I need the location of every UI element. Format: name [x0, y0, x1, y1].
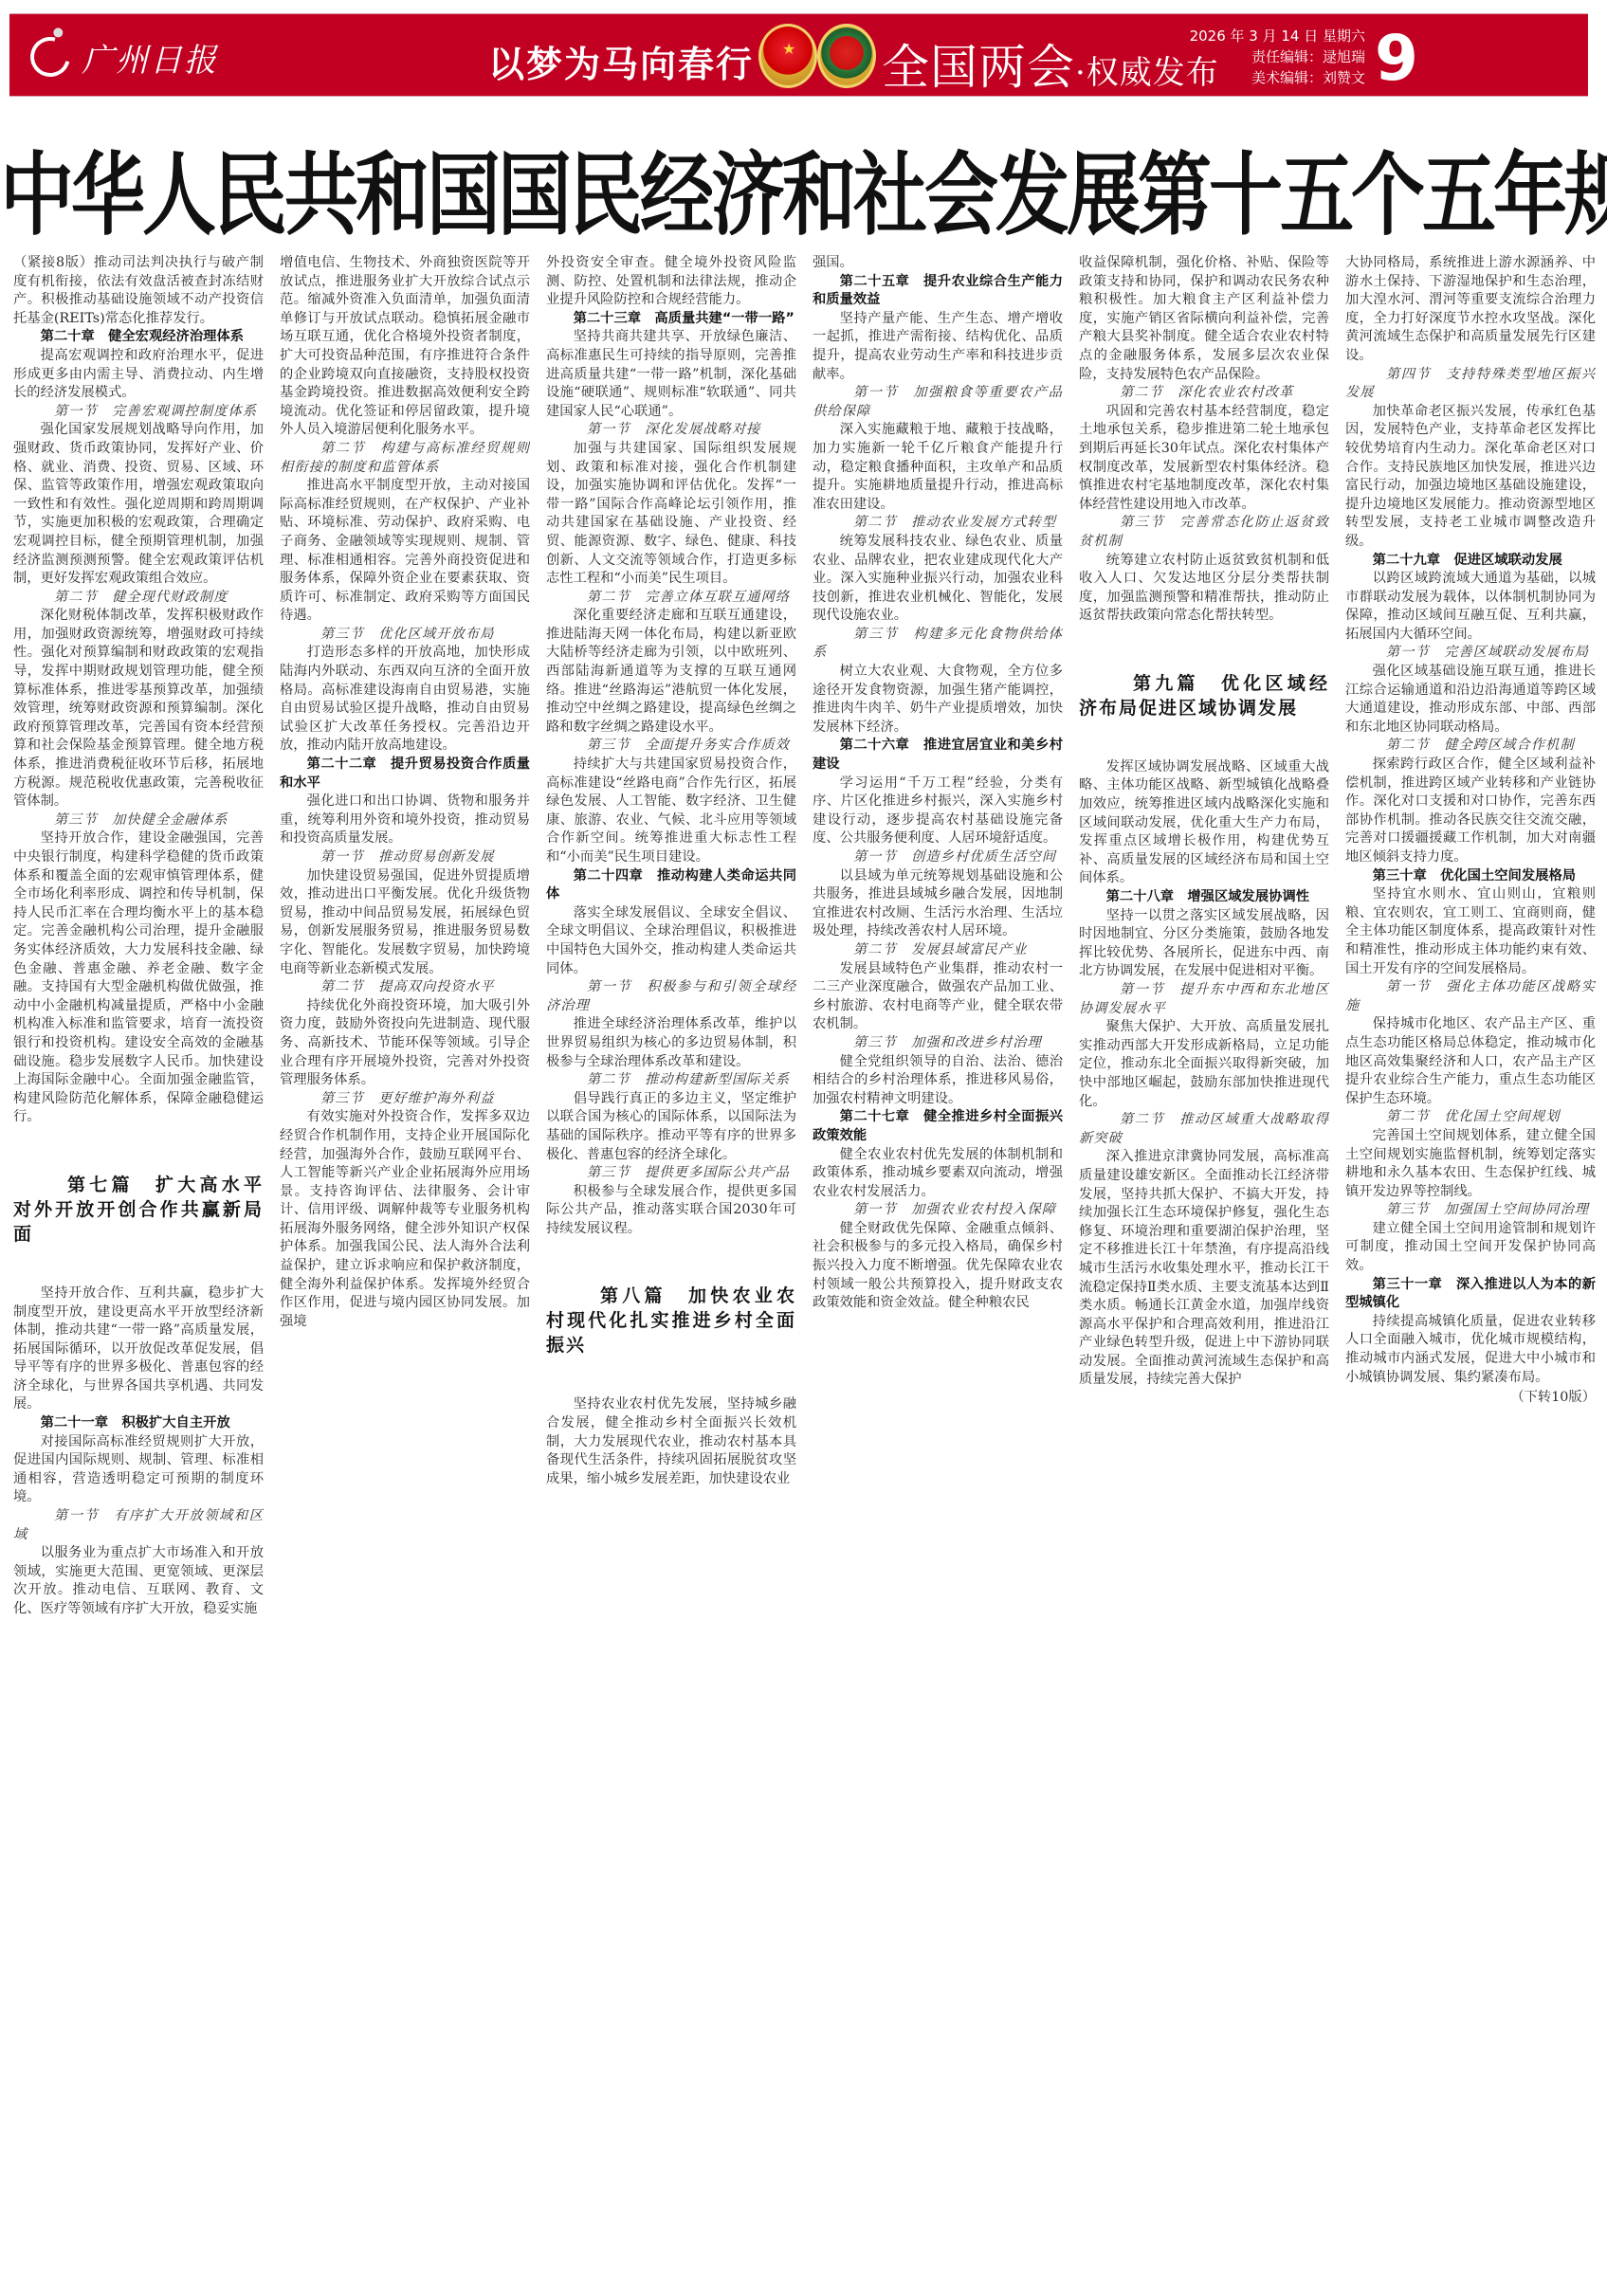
section-heading: 第三节 加强国土空间协同治理	[1345, 1201, 1596, 1220]
continued-paragraph: 外投资安全审查。健全境外投资风险监测、防控、处置机制和法律法规，推动企业提升风险…	[546, 254, 796, 310]
paragraph: 落实全球发展倡议、全球安全倡议、全球文明倡议、全球治理倡议，积极推进中国特色大国…	[546, 904, 796, 978]
art-editor: 美术编辑：刘赞文	[1157, 67, 1365, 88]
section-heading: 第三节 完善常态化防止返贫致贫机制	[1079, 514, 1329, 551]
column-5: 收益保障机制，强化价格、补贴、保险等政策支持和协同，保护和调动农民务农种粮积极性…	[1079, 254, 1329, 2292]
section-heading: 第一节 深化发展战略对接	[546, 421, 796, 440]
chapter-heading: 第三十章 优化国土空间发展格局	[1345, 867, 1596, 886]
paragraph: 坚持一以贯之落实区域发展战略，因时因地制宜、分区分类施策，鼓励各地发挥比较优势、…	[1079, 907, 1329, 981]
chapter-heading: 第二十六章 推进宜居宜业和美乡村建设	[813, 737, 1063, 774]
paragraph: 持续提高城镇化质量，促进农业转移人口全面融入城市，优化城市规模结构，推动城市内涵…	[1345, 1313, 1596, 1387]
section-heading: 第二节 健全现代财政制度	[13, 589, 264, 608]
paragraph: 持续扩大与共建国家贸易投资合作，高标准建设“丝路电商”合作先行区，拓展绿色发展、…	[546, 756, 796, 867]
paragraph: 坚持共商共建共享、开放绿色廉洁、高标准惠民生可持续的指导原则，完善推进高质量共建…	[546, 328, 796, 421]
paragraph: 建立健全国土空间用途管制和规划许可制度，推动国土空间开发保护协同高效。	[1345, 1220, 1596, 1276]
paragraph: 以跨区域跨流域大通道为基础，以城市群联动发展为载体，以体制机制协同为保障，推动区…	[1345, 570, 1596, 644]
section-heading: 第三节 加强和改进乡村治理	[813, 1034, 1063, 1053]
paragraph: 发挥区域协调发展战略、区域重大战略、主体功能区战略、新型城镇化战略叠加效应，统筹…	[1079, 758, 1329, 888]
continued-paragraph: 增值电信、生物技术、外商独资医院等开放试点，推进服务业扩大开放综合试点示范。缩减…	[280, 254, 530, 440]
paragraph: 推进全球经济治理体系改革，维护以世界贸易组织为核心的多边贸易体制，积极参与全球治…	[546, 1015, 796, 1071]
paragraph: 巩固和完善农村基本经营制度，稳定土地承包关系，稳步推进第二轮土地承包到期后再延长…	[1079, 403, 1329, 515]
section-heading: 第一节 加强农业农村投入保障	[813, 1201, 1063, 1220]
section-heading: 第三节 更好维护海外利益	[280, 1090, 530, 1109]
responsible-editor: 责任编辑：逯旭瑞	[1157, 46, 1365, 67]
paragraph: 坚持宜水则水、宜山则山，宜粮则粮、宜农则农，宜工则工、宜商则商，健全主体功能区制…	[1345, 885, 1596, 978]
paragraph: 强化区域基础设施互联互通，推进长江综合运输通道和沿边沿海通道等跨区域大通道建设，…	[1345, 663, 1596, 737]
paragraph: 健全党组织领导的自治、法治、德治相结合的乡村治理体系，推进移风易俗，加强农村精神…	[813, 1053, 1063, 1109]
section-heading: 第二节 健全跨区域合作机制	[1345, 737, 1596, 756]
column-3: 外投资安全审查。健全境外投资风险监测、防控、处置机制和法律法规，推动企业提升风险…	[546, 254, 796, 2292]
chapter-heading: 第二十三章 高质量共建“一带一路”	[546, 310, 796, 329]
chapter-heading: 第二十四章 推动构建人类命运共同体	[546, 867, 796, 904]
paragraph: 坚持产量产能、生产生态、增产增收一起抓，推进产需衔接、结构优化、品质提升，提高农…	[813, 310, 1063, 384]
section-heading: 第一节 加强粮食等重要农产品供给保障	[813, 384, 1063, 421]
section-heading: 第一节 创造乡村优质生活空间	[813, 848, 1063, 867]
paragraph: 深入推进京津冀协同发展，高标准高质量建设雄安新区。全面推动长江经济带发展，坚持共…	[1079, 1148, 1329, 1390]
paragraph: 坚持开放合作，建设金融强国，完善中央银行制度，构建科学稳健的货币政策体系和覆盖全…	[13, 829, 264, 1127]
chapter-heading: 第二十七章 健全推进乡村全面振兴政策效能	[813, 1108, 1063, 1145]
section-heading: 第二节 推动构建新型国际关系	[546, 1071, 796, 1090]
chapter-heading: 第三十一章 深入推进以人为本的新型城镇化	[1345, 1276, 1596, 1313]
article-body: （紧接8版）推动司法判决执行与破产制度有机衔接，依法有效盘活被查封冻结财产。积极…	[13, 254, 1597, 2292]
cppcc-emblem-icon	[817, 24, 876, 88]
part-heading: 第九篇 优化区域经济布局促进区域协调发展	[1079, 671, 1329, 720]
paragraph: 健全农业农村优先发展的体制机制和政策体系，推动城乡要素双向流动，增强农业农村发展…	[813, 1146, 1063, 1202]
section-heading: 第二节 推动区域重大战略取得新突破	[1079, 1111, 1329, 1148]
paragraph: 推进高水平制度型开放，主动对接国际高标准经贸规则，在产权保护、产业补贴、环境标准…	[280, 477, 530, 626]
section-heading: 第一节 积极参与和引领全球经济治理	[546, 978, 796, 1015]
section-heading: 第二节 提高双向投资水平	[280, 978, 530, 997]
paragraph: 统筹发展科技农业、绿色农业、质量农业、品牌农业，把农业建成现代化大产业。深入实施…	[813, 533, 1063, 626]
section-heading: 第三节 加快健全金融体系	[13, 811, 264, 830]
paragraph: 持续优化外商投资环境，加大吸引外资力度，鼓励外资投向先进制造、现代服务、高新技术…	[280, 997, 530, 1090]
paragraph: 以县域为单元统筹规划基础设施和公共服务，推进县域城乡融合发展，因地制宜推进农村改…	[813, 867, 1063, 941]
section-heading: 第一节 提升东中西和东北地区协调发展水平	[1079, 981, 1329, 1018]
section-heading: 第四节 支持特殊类型地区振兴发展	[1345, 366, 1596, 403]
section-title-main: 全国两会	[882, 40, 1075, 95]
logo-mark-icon	[23, 29, 77, 83]
paragraph: 健全财政优先保障、金融重点倾斜、社会积极参与的多元投入格局，确保乡村振兴投入力度…	[813, 1220, 1063, 1313]
paragraph: 打造形态多样的开放高地，加快形成陆海内外联动、东西双向互济的全面开放格局。高标准…	[280, 644, 530, 756]
slogan: 以梦为马向春行	[488, 35, 754, 87]
paragraph: 加快革命老区振兴发展，传承红色基因，发展特色产业，支持革命老区发挥比较优势培育内…	[1345, 403, 1596, 552]
section-heading: 第二节 完善立体互联互通网络	[546, 589, 796, 608]
paragraph: 深化重要经济走廊和互联互通建设，推进陆海天网一体化布局，构建以新亚欧大陆桥等经济…	[546, 607, 796, 737]
national-emblem-icon: ★	[758, 24, 817, 88]
issue-meta: 2026 年 3 月 14 日 星期六 责任编辑：逯旭瑞 美术编辑：刘赞文	[1157, 26, 1365, 88]
page-number: 9	[1375, 22, 1418, 95]
section-heading: 第一节 有序扩大开放领域和区域	[13, 1507, 264, 1544]
section-heading: 第三节 全面提升务实合作质效	[546, 737, 796, 756]
paragraph: 坚持农业农村优先发展，坚持城乡融合发展，健全推动乡村全面振兴长效机制，大力发展现…	[546, 1395, 796, 1488]
part-heading: 第七篇 扩大高水平对外开放开创合作共赢新局面	[13, 1173, 264, 1247]
headline: 中华人民共和国国民经济和社会发展第十五个五年规划纲要	[0, 123, 1607, 253]
chapter-heading: 第二十八章 增强区域发展协调性	[1079, 888, 1329, 907]
section-heading: 第二节 推动农业发展方式转型	[813, 514, 1063, 533]
continued-paragraph: 强国。	[813, 254, 1063, 273]
paragraph: 提高宏观调控和政府治理水平，促进形成更多由内需主导、消费拉动、内生增长的经济发展…	[13, 347, 264, 403]
section-heading: 第二节 优化国土空间规划	[1345, 1108, 1596, 1127]
paragraph: 对接国际高标准经贸规则扩大开放，促进国内国际规则、规制、管理、标准相通相容，营造…	[13, 1433, 264, 1507]
column-1: （紧接8版）推动司法判决执行与破产制度有机衔接，依法有效盘活被查封冻结财产。积极…	[13, 254, 264, 2292]
section-heading: 第一节 完善宏观调控制度体系	[13, 403, 264, 422]
masthead: 广州日报 以梦为马向春行 ★ 全国两会·权威发布 2026 年 3 月 14 日…	[9, 13, 1588, 97]
logo-text: 广州日报	[82, 34, 218, 81]
part-heading: 第八篇 加快农业农村现代化扎实推进乡村全面振兴	[546, 1284, 796, 1358]
continued-paragraph: （紧接8版）推动司法判决执行与破产制度有机衔接，依法有效盘活被查封冻结财产。积极…	[13, 254, 264, 328]
section-heading: 第二节 构建与高标准经贸规则相衔接的制度和监管体系	[280, 440, 530, 477]
section-heading: 第三节 优化区域开放布局	[280, 626, 530, 645]
section-heading: 第三节 提供更多国际公共产品	[546, 1164, 796, 1183]
column-6: 大协同格局，系统推进上游水源涵养、中游水土保持、下游湿地保护和生态治理，加大湟水…	[1345, 254, 1596, 2292]
paragraph: 强化国家发展规划战略导向作用，加强财政、货币政策协同，发挥好产业、价格、就业、消…	[13, 421, 264, 588]
column-4: 强国。第二十五章 提升农业综合生产能力和质量效益坚持产量产能、生产生态、增产增收…	[813, 254, 1063, 2292]
continued-paragraph: 大协同格局，系统推进上游水源涵养、中游水土保持、下游湿地保护和生态治理，加大湟水…	[1345, 254, 1596, 366]
paragraph: 坚持开放合作、互利共赢，稳步扩大制度型开放，建设更高水平开放型经济新体制，推动共…	[13, 1285, 264, 1414]
paragraph: 加强与共建国家、国际组织发展规划、政策和标准对接，强化合作机制建设，加强实施协调…	[546, 440, 796, 589]
section-heading: 第一节 推动贸易创新发展	[280, 848, 530, 867]
section-heading: 第一节 完善区域联动发展布局	[1345, 644, 1596, 663]
newspaper-logo[interactable]: 广州日报	[30, 33, 218, 81]
section-heading: 第三节 构建多元化食物供给体系	[813, 626, 1063, 663]
chapter-heading: 第二十章 健全宏观经济治理体系	[13, 328, 264, 347]
chapter-heading: 第二十九章 促进区域联动发展	[1345, 552, 1596, 571]
paragraph: 探索跨行政区合作，健全区域利益补偿机制，推进跨区域产业转移和产业链协作。深化对口…	[1345, 756, 1596, 867]
continued-on-note: （下转10版）	[1345, 1389, 1596, 1408]
chapter-heading: 第二十二章 提升贸易投资合作质量和水平	[280, 756, 530, 793]
section-heading: 第二节 发展县域富民产业	[813, 941, 1063, 960]
paragraph: 保持城市化地区、农产品主产区、重点生态功能区格局总体稳定，推动城市化地区高效集聚…	[1345, 1015, 1596, 1108]
paragraph: 深入实施藏粮于地、藏粮于技战略，加力实施新一轮千亿斤粮食产能提升行动，稳定粮食播…	[813, 421, 1063, 514]
paragraph: 统筹建立农村防止返贫致贫机制和低收入人口、欠发达地区分层分类帮扶制度，加强监测预…	[1079, 552, 1329, 626]
paragraph: 强化进口和出口协调、货物和服务并重，统筹利用外资和境外投资，推动贸易和投资高质量…	[280, 793, 530, 848]
paragraph: 树立大农业观、大食物观，全方位多途径开发食物资源，加强生猪产能调控，推进肉牛肉羊…	[813, 663, 1063, 737]
paragraph: 发展县域特色产业集群，推动农村一二三产业深度融合，做强农产品加工业、乡村旅游、农…	[813, 960, 1063, 1034]
paragraph: 加快建设贸易强国，促进外贸提质增效，推动进出口平衡发展。优化升级货物贸易，推动中…	[280, 867, 530, 979]
paragraph: 以服务业为重点扩大市场准入和开放领域，实施更大范围、更宽领域、更深层次开放。推动…	[13, 1544, 264, 1618]
paragraph: 聚焦大保护、大开放、高质量发展扎实推动西部大开发形成新格局，立足功能定位，推动东…	[1079, 1018, 1329, 1111]
column-2: 增值电信、生物技术、外商独资医院等开放试点，推进服务业扩大开放综合试点示范。缩减…	[280, 254, 530, 2292]
paragraph: 深化财税体制改革，发挥积极财政作用，加强财政资源统筹，增强财政可持续性。强化对预…	[13, 607, 264, 811]
issue-date: 2026 年 3 月 14 日 星期六	[1157, 26, 1365, 46]
continued-paragraph: 收益保障机制，强化价格、补贴、保险等政策支持和协同，保护和调动农民务农种粮积极性…	[1079, 254, 1329, 384]
paragraph: 完善国土空间规划体系，建立健全国土空间规划实施监督机制，统筹划定落实耕地和永久基…	[1345, 1127, 1596, 1201]
paragraph: 有效实施对外投资合作，发挥多双边经贸合作机制作用，支持企业开展国际化经营，加强海…	[280, 1108, 530, 1331]
section-heading: 第一节 强化主体功能区战略实施	[1345, 978, 1596, 1015]
chapter-heading: 第二十五章 提升农业综合生产能力和质量效益	[813, 273, 1063, 310]
paragraph: 积极参与全球发展合作，提供更多国际公共产品，推动落实联合国2030年可持续发展议…	[546, 1183, 796, 1239]
chapter-heading: 第二十一章 积极扩大自主开放	[13, 1414, 264, 1433]
paragraph: 倡导践行真正的多边主义，坚定维护以联合国为核心的国际体系，以国际法为基础的国际秩…	[546, 1090, 796, 1164]
paragraph: 学习运用“千万工程”经验，分类有序、片区化推进乡村振兴，深入实施乡村建设行动，逐…	[813, 774, 1063, 848]
section-heading: 第二节 深化农业农村改革	[1079, 384, 1329, 403]
